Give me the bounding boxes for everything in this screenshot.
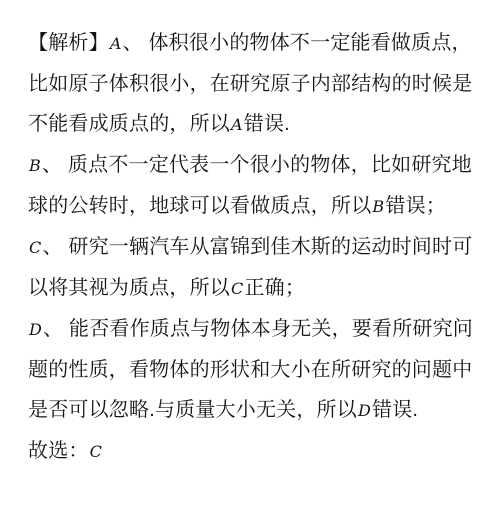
solution-document: 【解析】A、 体积很小的物体不一定能看做质点，比如原子体积很小，在研究原子内部结… [0,0,500,472]
text-line: 比如原子体积很小，在研究原子内部结构的时候是 [28,64,474,104]
text-line: 故选：C [28,431,474,472]
cjk-text: 错误. [372,399,418,421]
option-letter: C [89,442,103,461]
cjk-text: 故选： [28,440,89,462]
cjk-text: 、 研究一辆汽车从富锦到佳木斯的运动时间时可 [42,236,472,258]
cjk-text: 【解析】 [28,32,109,54]
cjk-text: 球的公转时，地球可以看做质点，所以 [28,195,371,217]
cjk-text: 以将其视为质点，所以 [28,277,230,299]
text-line: 球的公转时，地球可以看做质点，所以B错误； [28,186,474,227]
cjk-text: 题的性质，看物体的形状和大小在所研究的问题中 [28,359,472,381]
cjk-text: 、 能否看作质点与物体本身无关，要看所研究问 [43,318,473,340]
option-letter: A [109,34,123,53]
text-line: 是否可以忽略.与质量大小无关，所以D错误. [28,390,474,431]
cjk-text: 、 质点不一定代表一个很小的物体，比如研究地 [42,154,472,176]
cjk-text: 正确； [244,277,305,299]
text-line: 以将其视为质点，所以C正确； [28,268,474,309]
option-letter: C [230,279,244,298]
text-line: B、 质点不一定代表一个很小的物体，比如研究地 [28,145,474,186]
cjk-text: 不能看成质点的，所以 [28,113,230,135]
text-line: C、 研究一辆汽车从富锦到佳木斯的运动时间时可 [28,227,474,268]
cjk-text: 错误； [385,195,446,217]
option-letter: B [28,156,42,175]
text-line: 【解析】A、 体积很小的物体不一定能看做质点， [28,23,474,64]
cjk-text: 、 体积很小的物体不一定能看做质点， [123,32,472,54]
option-letter: C [28,238,42,257]
text-line: 题的性质，看物体的形状和大小在所研究的问题中 [28,350,474,390]
option-letter: B [371,197,385,216]
text-line: D、 能否看作质点与物体本身无关，要看所研究问 [28,309,474,350]
cjk-text: 错误. [244,113,290,135]
option-letter: D [357,401,372,420]
option-letter: D [28,320,43,339]
option-letter: A [230,115,244,134]
cjk-text: 比如原子体积很小，在研究原子内部结构的时候是 [28,73,472,95]
text-line: 不能看成质点的，所以A错误. [28,104,474,145]
cjk-text: 是否可以忽略.与质量大小无关，所以 [28,399,357,421]
